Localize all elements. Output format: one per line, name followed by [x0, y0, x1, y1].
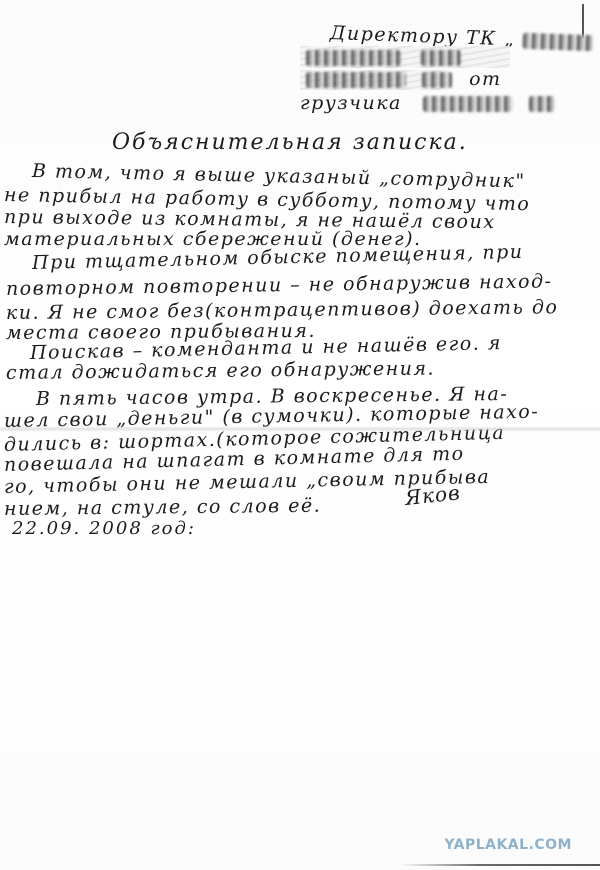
redacted-sender-name: [423, 96, 513, 112]
header-redacted-line-2: [306, 48, 461, 67]
site-watermark: YAPLAKAL.COM: [444, 837, 572, 853]
body-line: нием, на стуле, со слов её.: [4, 497, 321, 519]
redacted-initials: [421, 50, 461, 66]
redacted-initials: [529, 96, 555, 112]
paper-fold-shadow: [0, 426, 600, 432]
redacted-initials: [422, 72, 452, 88]
document-title: Объяснительная записка.: [112, 132, 468, 154]
scanned-document-page: Директору ТК „ от грузчика Объяснительна…: [0, 0, 600, 870]
header-sender-line: грузчика: [300, 94, 555, 113]
scan-edge: [400, 864, 600, 866]
document-date: 22.09. 2008 год:: [12, 520, 196, 538]
body-line: повторном повторении – не обнаружив нахо…: [6, 272, 553, 299]
redacted-director-name: [306, 50, 401, 66]
signature: Яков: [404, 482, 462, 508]
from-label: от: [469, 68, 501, 90]
body-line: стал дожидаться его обнаружения.: [6, 360, 435, 383]
sender-role: грузчика: [300, 92, 402, 114]
redacted-company-name: [523, 33, 594, 51]
redacted-text: [306, 72, 406, 88]
header-redacted-line-3: от: [306, 70, 502, 89]
